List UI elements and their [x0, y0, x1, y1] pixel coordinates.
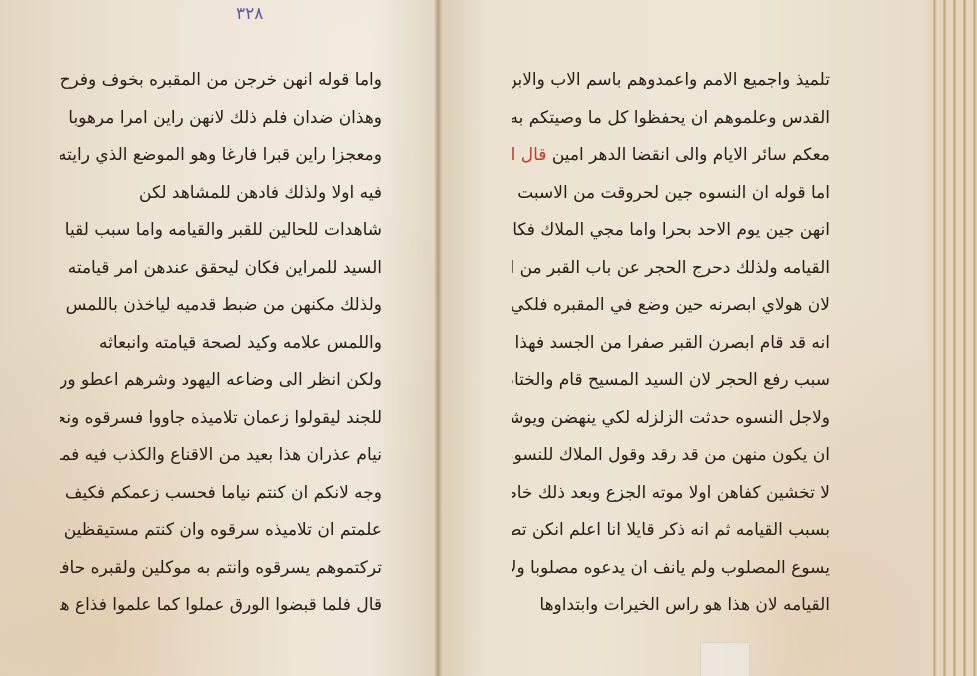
manuscript-line: واللمس علامه وكيد لصحة قيامته وانبعاثه [60, 325, 382, 363]
manuscript-line: فيه اولا ولذلك فادهن للمشاهد لكن [60, 175, 382, 213]
book-gutter [434, 0, 442, 676]
manuscript-line: القيامه لان هذا هو راس الخيرات وابتداوها [512, 587, 830, 625]
page-edges [928, 0, 977, 676]
manuscript-line: نيام عذران هذا بعيد من الاقناع والكذب في… [60, 437, 382, 475]
manuscript-line: قال فلما قبضوا الورق عملوا كما علموا فذا… [60, 587, 382, 625]
rubric-heading: قال المفسر [512, 145, 546, 165]
manuscript-line: يسوع المصلوب ولم يانف ان يدعوه مصلوبا ول… [512, 550, 830, 588]
manuscript-line: ومعجزا راين قبرا فارغا وهو الموضع الذي ر… [60, 137, 382, 175]
paper-tab [700, 642, 750, 676]
left-page: ٣٢٨ واما قوله انهن خرجن من المقبره بخوف … [0, 0, 438, 676]
right-page: تلميذ واجميع الامم واعمدوهم باسم الاب وا… [438, 0, 928, 676]
manuscript-line: السيد للمراين فكان ليحقق عندهن امر قيامت… [60, 250, 382, 288]
manuscript-line: علمتم ان تلاميذه سرقوه وان كنتم مستيقظين… [60, 512, 382, 550]
manuscript-line: بسبب القيامه ثم انه ذكر قايلا انا اعلم ا… [512, 512, 830, 550]
line-text: معكم سائر الايام والى انقضا الدهر امين [546, 145, 830, 165]
manuscript-line: وهذان ضدان فلم ذلك لانهن راين امرا مرهوب… [60, 100, 382, 138]
folio-number: ٣٢٨ [236, 4, 263, 24]
manuscript-spread: ٣٢٨ واما قوله انهن خرجن من المقبره بخوف … [0, 0, 977, 676]
manuscript-line: القيامه ولذلك دحرج الحجر عن باب القبر من… [512, 250, 830, 288]
manuscript-line: اما قوله ان النسوه جين لحروقت من الاسبت … [512, 175, 830, 213]
manuscript-line: معكم سائر الايام والى انقضا الدهر امين ق… [512, 137, 830, 175]
left-page-text: واما قوله انهن خرجن من المقبره بخوف وفرح… [60, 62, 382, 625]
manuscript-line: تركتموهم يسرقوه وانتم به موكلين ولقبره ح… [60, 550, 382, 588]
manuscript-line: ان يكون منهن من قد رقد وقول الملاك للنسو… [512, 437, 830, 475]
right-page-text: تلميذ واجميع الامم واعمدوهم باسم الاب وا… [512, 62, 830, 625]
manuscript-line: ولاجل النسوه حدثت الزلزله لكي ينهضن ويوش… [512, 400, 830, 438]
manuscript-line: سبب رفع الحجر لان السيد المسيح قام والخت… [512, 362, 830, 400]
manuscript-line: واما قوله انهن خرجن من المقبره بخوف وفرح [60, 62, 382, 100]
manuscript-line: تلميذ واجميع الامم واعمدوهم باسم الاب وا… [512, 62, 830, 100]
manuscript-line: ولذلك مكنهن من ضبط قدميه لياخذن باللمس [60, 287, 382, 325]
manuscript-line: القدس وعلموهم ان يحفظوا كل ما وصيتكم به … [512, 100, 830, 138]
manuscript-line: لا تخشين كفاهن اولا موته الجزع وبعد ذلك … [512, 475, 830, 513]
manuscript-line: وجه لانكم ان كنتم نياما فحسب زعمكم فكيف [60, 475, 382, 513]
manuscript-line: انهن جين يوم الاحد بحرا واما مجي الملاك … [512, 212, 830, 250]
manuscript-line: انه قد قام ابصرن القبر صفرا من الجسد فهذ… [512, 325, 830, 363]
manuscript-line: لان هولاي ابصرنه حين وضع في المقبره فلكي… [512, 287, 830, 325]
manuscript-line: للجند ليقولوا زعمان تلاميذه جاووا فسرقوه… [60, 400, 382, 438]
manuscript-line: ولكن انظر الى وضاعه اليهود وشرهم اعطو ور… [60, 362, 382, 400]
manuscript-line: شاهدات للحالين للقبر والقيامه واما سبب ل… [60, 212, 382, 250]
